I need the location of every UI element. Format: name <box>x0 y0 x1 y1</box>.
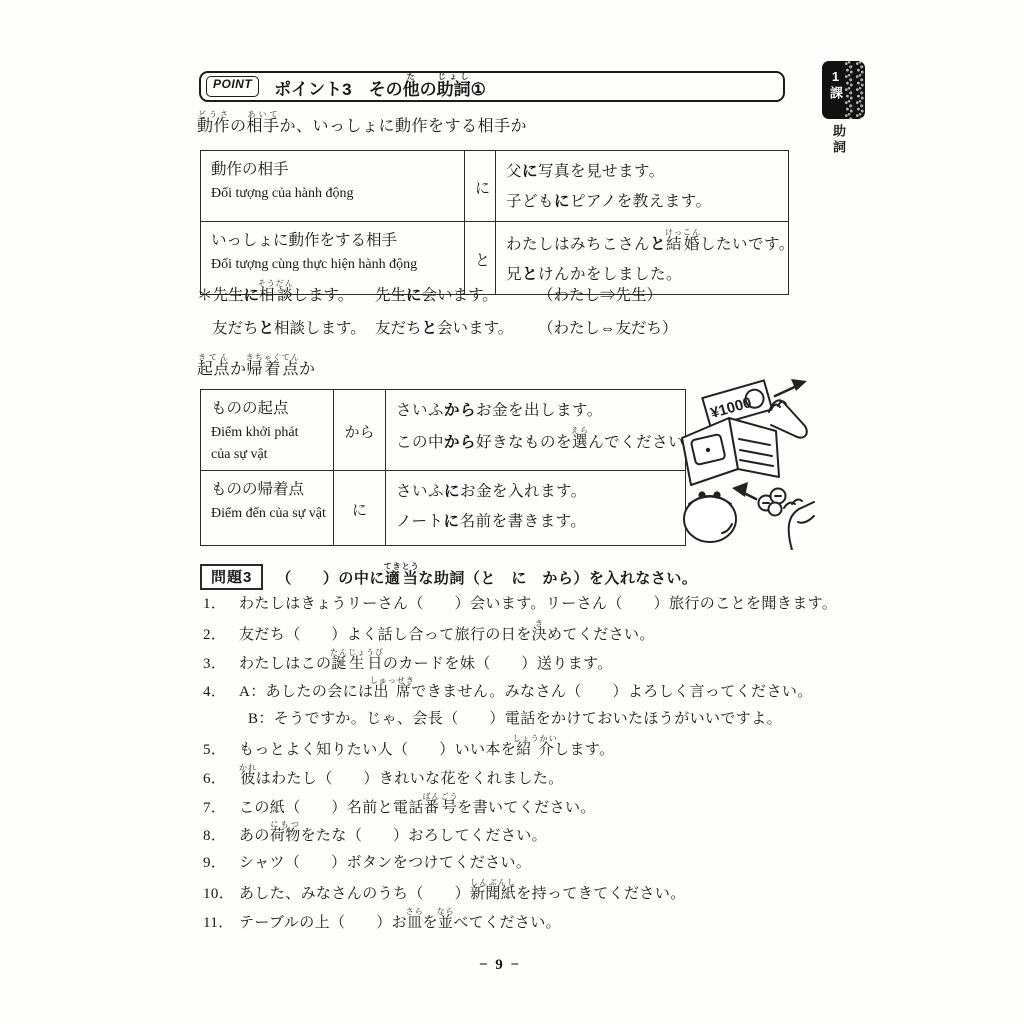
item-text: テーブルの上（ ）お皿さらを並ならべてください。 <box>239 915 561 931</box>
exercise-item: 9．シャツ（ ）ボタンをつけてください。 <box>203 849 843 878</box>
example-sentence: 子どもにピアノを教えます。 <box>506 187 778 217</box>
wallet-coins-illustration: ¥1000 <box>672 376 818 550</box>
row-label-vi: của sự vật <box>211 444 323 466</box>
example-sentence: ノートに名前を書きます。 <box>396 507 675 537</box>
item-number: 7． <box>203 794 239 823</box>
item-text: A：あしたの会には出席しゅっせきできません。みなさん（ ）よろしく言ってください… <box>239 684 813 700</box>
example-sentence: さいふからお金を出します。 <box>396 396 675 426</box>
row-label-vi: Điểm khởi phát <box>211 422 323 444</box>
item-text: 彼かれはわたし（ ）きれいな花をくれました。 <box>239 771 564 787</box>
exercise-item: 1．わたしはきょうリーさん（ ）会います。リーさん（ ）旅行のことを聞きます。 <box>203 590 843 619</box>
problem-section-header: 問題3 （ ）の中に適当てきとうな助詞（と に から）を入れなさい。 <box>200 564 697 590</box>
exercise-item: 8．あの荷物にもつをたな（ ）おろしてください。 <box>203 820 843 849</box>
item-text: あの荷物にもつをたな（ ）おろしてください。 <box>239 828 547 844</box>
item-text: わたしはきょうリーさん（ ）会います。リーさん（ ）旅行のことを聞きます。 <box>239 596 837 612</box>
note-line: 友だちと相談します。 友だちと会います。 （わたし⇔友だち） <box>197 312 789 345</box>
item-number: 10． <box>203 880 239 909</box>
wallet-coins-drawing: ¥1000 <box>672 376 818 550</box>
particle-table-2: ものの起点 Điểm khởi phát của sự vật から さいふから… <box>200 389 686 546</box>
point-title: ポイント3 その他たの助詞じょし① <box>274 71 486 103</box>
note-phrase: ＊先生に相談そうだんします。 <box>197 279 375 312</box>
item-text: 友だち（ ）よく話し合って旅行の日を決きめてください。 <box>239 627 655 643</box>
exercise-item: 2．友だち（ ）よく話し合って旅行の日を決きめてください。 <box>203 619 843 648</box>
item-number: 2． <box>203 621 239 650</box>
note-phrase: 友だちと相談します。 <box>197 312 375 345</box>
table-row: ものの起点 Điểm khởi phát của sự vật から さいふから… <box>201 390 686 471</box>
row-label-vi: Đối tượng của hành động <box>211 183 454 205</box>
item-number: 3． <box>203 650 239 679</box>
item-text: この紙（ ）名前と電話番号ばんごうを書いてください。 <box>239 800 596 816</box>
table-row: ものの帰着点 Điểm đến của sự vật に さいふにお金を入れます… <box>201 471 686 546</box>
item-number: 9． <box>203 849 239 878</box>
exercise-item: B：そうですか。じゃ、会長（ ）電話をかけておいたほうがいいですよ。 <box>203 705 843 734</box>
item-text: あした、みなさんのうち（ ）新聞紙しんぶんしを持ってきてください。 <box>239 886 686 902</box>
item-number: 11． <box>203 909 239 938</box>
example-sentence: さいふにお金を入れます。 <box>396 477 675 507</box>
point-header-box: POINT ポイント3 その他たの助詞じょし① <box>199 71 785 102</box>
row-label-jp: いっしょに動作をする相手 <box>211 228 454 254</box>
tab-pattern-decoration <box>843 61 865 119</box>
exercise-item: 3．わたしはこの誕生日たんじょうびのカードを妹（ ）送ります。 <box>203 648 843 677</box>
exercise-item: 6．彼かれはわたし（ ）きれいな花をくれました。 <box>203 763 843 792</box>
exercise-item: 11．テーブルの上（ ）お皿さらを並ならべてください。 <box>203 907 843 936</box>
point-badge: POINT <box>206 76 259 97</box>
particle-cell: に <box>334 471 386 546</box>
section2-heading: 起点きてんか帰着点きちゃくてんか <box>197 347 316 379</box>
problem-instruction: （ ）の中に適当てきとうな助詞（と に から）を入れなさい。 <box>276 562 697 592</box>
row-label-vi: Điểm đến của sự vật <box>211 503 323 525</box>
item-text: シャツ（ ）ボタンをつけてください。 <box>239 855 531 871</box>
particle-cell: から <box>334 390 386 471</box>
row-label-vi: Đối tượng cùng thực hiện hành động <box>211 254 454 276</box>
item-number: 4． <box>203 678 239 707</box>
row-label-jp: ものの帰着点 <box>211 477 323 503</box>
textbook-page: POINT ポイント3 その他たの助詞じょし① 1課 助詞 動作どうさの相手あい… <box>0 0 1024 1024</box>
note-phrase: 友だちと会います。 <box>375 312 538 345</box>
problem-badge: 問題3 <box>200 564 263 590</box>
item-number: 8． <box>203 822 239 851</box>
note-line: ＊先生に相談そうだんします。 先生に会います。 （わたし⇒先生） <box>197 279 789 312</box>
note-phrase: 先生に会います。 <box>375 279 538 312</box>
exercise-item: 7．この紙（ ）名前と電話番号ばんごうを書いてください。 <box>203 792 843 821</box>
page-number: − 9 − <box>440 957 560 974</box>
particle-table-1: 動作の相手 Đối tượng của hành động に 父に写真を見せま… <box>200 150 789 295</box>
item-number: 1． <box>203 590 239 619</box>
chapter-label: 助詞 <box>829 124 848 156</box>
item-text: わたしはこの誕生日たんじょうびのカードを妹（ ）送ります。 <box>239 656 613 672</box>
row-label-jp: 動作の相手 <box>211 157 454 183</box>
chapter-tab: 1課 <box>822 61 865 119</box>
exercise-item: 10．あした、みなさんのうち（ ）新聞紙しんぶんしを持ってきてください。 <box>203 878 843 907</box>
exercise-item: 4．A：あしたの会には出席しゅっせきできません。みなさん（ ）よろしく言ってくだ… <box>203 676 843 705</box>
note-annotation: （わたし⇔友だち） <box>538 312 678 345</box>
item-number: 5． <box>203 736 239 765</box>
exercise-item: 5．もっとよく知りたい人（ ）いい本を紹介しょうかいします。 <box>203 734 843 763</box>
tab-lesson-label: 1課 <box>826 69 845 101</box>
usage-notes: ＊先生に相談そうだんします。 先生に会います。 （わたし⇒先生） 友だちと相談し… <box>197 279 789 345</box>
item-text: B：そうですか。じゃ、会長（ ）電話をかけておいたほうがいいですよ。 <box>248 711 782 727</box>
example-sentence: わたしはみちこさんと結婚けっこんしたいです。 <box>506 228 778 260</box>
item-number: 6． <box>203 765 239 794</box>
particle-cell: に <box>465 151 496 222</box>
example-sentence: 父に写真を見せます。 <box>506 157 778 187</box>
item-text: もっとよく知りたい人（ ）いい本を紹介しょうかいします。 <box>239 742 615 758</box>
note-annotation: （わたし⇒先生） <box>538 279 662 312</box>
table-row: 動作の相手 Đối tượng của hành động に 父に写真を見せま… <box>201 151 789 222</box>
row-label-jp: ものの起点 <box>211 396 323 422</box>
section1-heading: 動作どうさの相手あいてか、いっしょに動作をする相手か <box>197 104 527 136</box>
exercise-list: 1．わたしはきょうリーさん（ ）会います。リーさん（ ）旅行のことを聞きます。 … <box>203 590 843 936</box>
example-sentence: この中から好きなものを選えらんでください。 <box>396 426 675 458</box>
